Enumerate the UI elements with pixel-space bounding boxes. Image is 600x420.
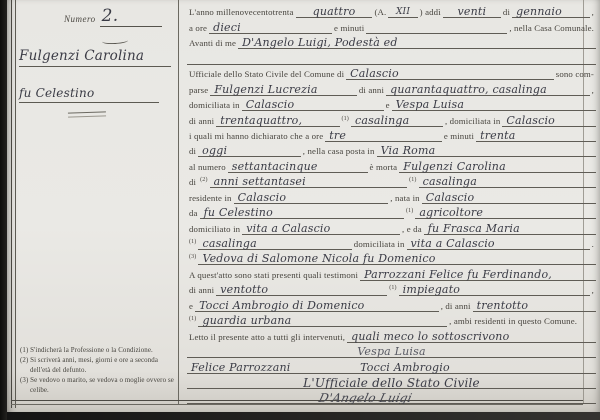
printed-text: , e da [400,224,424,235]
handwritten-entry: Tocci Ambrogio di Domenico [195,300,439,312]
handwritten-entry: venti [443,6,501,18]
handwriting: fu Celestino [202,207,275,219]
handwritten-entry: Calascio [502,115,596,127]
record-sheet: Numero 2. Fulgenzi Carolina fu Celestino… [7,0,600,412]
handwriting: Calascio [236,192,289,204]
handwritten-entry: Calascio [422,192,596,204]
handwritten-entry: oggi [198,145,301,157]
deceased-father-margin: fu Celestino [19,84,159,103]
scan-edge-shadow [0,0,7,420]
printed-text: e minuti [442,131,476,142]
form-line: Felice ParrozzaniTocci Ambrogio [187,358,596,373]
printed-text: di anni [187,116,216,127]
handwriting: vita a Calascio [409,238,497,250]
blank-underline [187,403,315,404]
handwriting: Felice Parrozzani [189,362,293,374]
handwritten-entry: D'Angelo Luigi [315,392,416,404]
form-line: D'Angelo Luigi [187,389,596,404]
handwriting: Calascio [424,192,477,204]
printed-text: (3) [187,254,198,265]
blank-underline [415,403,596,404]
form-line: (1)casalingadomiciliata invita a Calasci… [187,235,596,250]
handwriting: fu Frasca Maria [426,223,522,235]
printed-text: domiciliato in [187,224,242,235]
printed-text: . [590,239,596,250]
handwriting: Fulgenzi Lucrezia [212,84,319,96]
printed-text: (1) [340,116,351,127]
printed-text: , [590,285,596,296]
printed-text: (2) [198,177,209,188]
printed-text: (1) [404,208,415,219]
handwritten-entry: Vespa Luisa [392,99,596,111]
printed-text: parse [187,85,210,96]
handwritten-entry: trentotto [473,300,596,312]
handwritten-entry: Via Roma [377,145,596,157]
blank-underline [430,357,596,358]
handwriting: Vespa Luisa [355,346,428,358]
handwritten-entry: L'Ufficiale dello Stato Civile [299,377,484,389]
handwritten-entry: Felice Parrozzani [187,362,295,374]
printed-text: , nella casa posta in [301,146,377,157]
printed-text: da [187,208,200,219]
handwritten-entry: Calascio [346,68,554,80]
printed-text: Avanti di me [187,38,238,49]
printed-text: (1) [187,316,198,327]
printed-text: , nella Casa Comunale. [507,23,596,34]
handwriting: Via Roma [379,145,438,157]
form-line: di(2)anni settantasei(1)casalinga [187,173,596,188]
printed-text: al numero [187,162,228,173]
printed-text: , [590,85,596,96]
form-line: eTocci Ambrogio di Domenico, di annitren… [187,296,596,311]
handwritten-entry: guardia urbana [198,315,447,327]
handwritten-entry: vita a Calascio [407,238,590,250]
act-body: L'anno millenovecentotrentaquattro(A.XII… [187,3,596,405]
handwritten-entry: Calascio [242,99,384,111]
handwriting: trentaquattro, [218,115,304,127]
frame-left-outer-rule [11,0,12,408]
printed-text: Ufficiale dello Stato Civile del Comune … [187,69,346,80]
handwriting: Fulgenzi Carolina [401,161,508,173]
printed-text: Letto il presente atto a tutti gli inter… [187,332,347,343]
printed-text: di anni [357,85,386,96]
printed-text: e minuti [332,23,366,34]
handwritten-entry: vita a Calascio [242,223,400,235]
handwritten-entry: casalinga [419,176,596,188]
printed-text: a ore [187,23,209,34]
handwriting: XII [394,6,412,18]
form-line: Ufficiale dello Stato Civile del Comune … [187,65,596,80]
record-number-field: 2. [100,8,162,27]
printed-text: e [187,301,195,312]
printed-text: e [384,100,392,111]
printed-text: (A. [372,7,388,18]
handwritten-entry: Tocci Ambrogio [356,362,454,374]
handwriting: Calascio [244,99,297,111]
handwritten-entry: casalinga [351,115,443,127]
handwritten-entry: tre [325,130,442,142]
form-line: residente inCalascio, nata inCalascio [187,188,596,203]
blank-underline [295,373,357,374]
footnote-3: (3) Se vedovo o marito, se vedova o mogl… [20,376,174,396]
form-line: L'Ufficiale dello Stato Civile [187,374,596,389]
footnote-1: (1) S'indicherà la Professione o la Cond… [20,346,174,356]
handwriting: casalinga [421,176,479,188]
handwriting: D'Angelo Luigi [315,392,415,404]
handwriting: settantacinque [230,161,320,173]
form-line: a orediecie minuti, nella Casa Comunale. [187,18,596,33]
printed-text: domiciliata in [352,239,407,250]
printed-text: L'anno millenovecentotrenta [187,7,296,18]
printed-text: residente in [187,193,234,204]
printed-text: di [187,177,198,188]
printed-text: (1) [387,285,398,296]
document-page: { "document": { "kind": "Italian civil s… [0,0,600,420]
handwriting: impiegato [401,284,462,296]
handwritten-entry: dieci [209,22,332,34]
printed-text: di [187,146,198,157]
handwriting: dieci [211,22,243,34]
record-number-row: Numero 2. [64,8,162,27]
form-line: parseFulgenzi Lucreziadi anniquarantaqua… [187,80,596,95]
handwritten-entry: quali meco lo sottoscrivono [347,331,596,343]
handwritten-entry: settantacinque [228,161,368,173]
form-line: di annitrentaquattro,(1)casalinga, domic… [187,111,596,126]
blank-underline [454,373,596,374]
handwriting: guardia urbana [200,315,293,327]
handwriting: Tocci Ambrogio di Domenico [197,300,366,312]
deceased-name-margin: Fulgenzi Carolina [19,46,171,67]
handwritten-entry: fu Frasca Maria [424,223,596,235]
printed-text: sono com- [554,69,596,80]
handwriting: Calascio [504,115,557,127]
handwriting: oggi [200,145,229,157]
handwriting: agricoltore [417,207,485,219]
printed-text: (1) [187,239,198,250]
form-line [187,49,596,64]
printed-text: è morta [368,162,400,173]
handwriting: tre [327,130,348,142]
printed-text: , di anni [439,301,473,312]
form-line: Letto il presente atto a tutti gli inter… [187,327,596,342]
blank-underline [484,388,596,389]
handwriting: venti [456,6,489,18]
printed-text: di anni [187,285,216,296]
printed-text: , nata in [388,193,421,204]
handwriting: anni settantasei [212,176,308,188]
handwritten-entry: Parrozzani Felice fu Ferdinando, [360,269,596,281]
handwritten-entry: fu Celestino [200,207,404,219]
printed-text: domiciliata in [187,100,242,111]
handwriting: quattro [311,6,358,18]
handwriting: Tocci Ambrogio [358,362,452,374]
numero-label: Numero [64,14,96,27]
handwriting: vita a Calascio [244,223,332,235]
form-line: dafu Celestino(1)agricoltore [187,204,596,219]
handwriting: quarantaquattro, casalinga [388,84,549,96]
blank-underline [187,388,299,389]
handwritten-entry: trentaquattro, [216,115,339,127]
divider-flourish [68,111,106,117]
form-line: (3)Vedova di Salomone Nicola fu Domenico [187,250,596,265]
printed-text: ) addì [418,7,443,18]
printed-text: di [501,7,512,18]
form-line: (1)guardia urbana, ambi residenti in que… [187,312,596,327]
handwriting: gennaio [514,6,564,18]
blank-underline [187,64,596,65]
printed-text: A quest'atto sono stati presenti quali t… [187,270,360,281]
handwritten-entry: Vedova di Salomone Nicola fu Domenico [198,253,596,265]
handwritten-entry: casalinga [198,238,351,250]
handwritten-entry: Calascio [234,192,389,204]
handwritten-entry: trenta [476,130,596,142]
margin-divider-rule [178,0,179,404]
form-line: L'anno millenovecentotrentaquattro(A.XII… [187,3,596,18]
printed-text: , [590,7,596,18]
handwritten-entry: impiegato [399,284,590,296]
handwritten-entry: Fulgenzi Carolina [399,161,596,173]
form-line: dioggi, nella casa posta inVia Roma [187,142,596,157]
handwriting: Calascio [348,68,401,80]
flourish-mark [102,37,128,44]
handwritten-entry: quattro [296,6,373,18]
record-number-value: 2. [100,6,125,26]
form-line: Avanti di meD'Angelo Luigi, Podestà ed [187,34,596,49]
footnote-2: (2) Si scriverà anni, mesi, giorni e ore… [20,356,174,376]
handwriting: trentotto [475,300,531,312]
handwriting: Vedova di Salomone Nicola fu Domenico [200,253,437,265]
handwriting: D'Angelo Luigi, Podestà ed [240,37,400,49]
handwriting: L'Ufficiale dello Stato Civile [301,377,482,389]
blank-underline [366,33,507,34]
margin-column: Numero 2. Fulgenzi Carolina fu Celestino… [16,0,178,400]
form-line: i quali mi hanno dichiarato che a oretre… [187,127,596,142]
handwritten-entry: agricoltore [415,207,596,219]
form-line: domiciliato invita a Calascio, e dafu Fr… [187,219,596,234]
form-line: A quest'atto sono stati presenti quali t… [187,265,596,280]
handwriting: Parrozzani Felice fu Ferdinando, [362,269,554,281]
handwriting: quali meco lo sottoscrivono [349,331,511,343]
handwritten-entry: Vespa Luisa [353,346,430,358]
handwriting: Vespa Luisa [394,99,467,111]
footnotes-block: (1) S'indicherà la Professione o la Cond… [20,346,174,396]
handwritten-entry: gennaio [512,6,590,18]
form-line: Vespa Luisa [187,343,596,358]
printed-text: (1) [407,177,418,188]
handwriting: casalinga [200,238,258,250]
handwritten-entry: Fulgenzi Lucrezia [210,84,357,96]
printed-text: , ambi residenti in questo Comune. [447,316,579,327]
printed-text: , domiciliata in [443,116,502,127]
blank-underline [187,357,353,358]
handwriting: casalinga [353,115,411,127]
handwriting: ventotto [218,284,270,296]
form-line: domiciliata inCalascioeVespa Luisa [187,96,596,111]
handwriting: trenta [478,130,517,142]
handwritten-entry: anni settantasei [210,176,408,188]
form-line: di anniventotto(1)impiegato, [187,281,596,296]
handwritten-entry: D'Angelo Luigi, Podestà ed [238,37,596,49]
handwritten-entry: XII [388,6,417,18]
handwritten-entry: quarantaquattro, casalinga [386,84,590,96]
form-line: al numerosettantacinqueè mortaFulgenzi C… [187,157,596,172]
handwritten-entry: ventotto [216,284,387,296]
printed-text: i quali mi hanno dichiarato che a ore [187,131,325,142]
